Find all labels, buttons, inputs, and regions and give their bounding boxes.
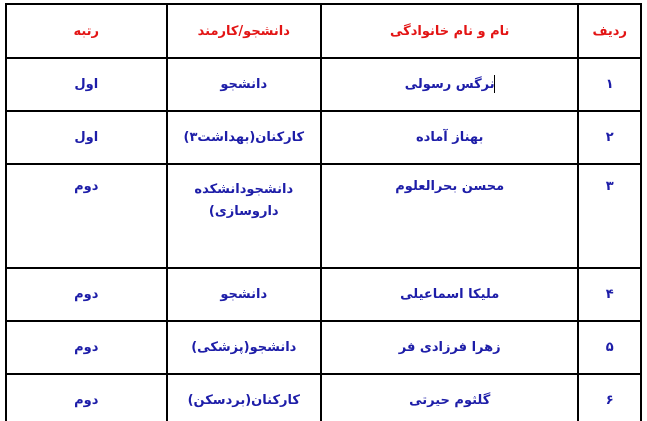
text-cursor (494, 75, 495, 93)
cell-index[interactable]: ۲ (578, 111, 641, 164)
cell-rank[interactable]: دوم (6, 164, 167, 268)
cell-name[interactable]: ملیکا اسماعیلی (321, 268, 578, 321)
header-index: ردیف (578, 4, 641, 58)
cell-name[interactable]: گلثوم حیرتی (321, 374, 578, 421)
cell-role[interactable]: دانشجو (167, 268, 321, 321)
cell-rank[interactable]: دوم (6, 321, 167, 374)
cell-name[interactable]: بهناز آماده (321, 111, 578, 164)
cell-name[interactable]: نرگس رسولی (321, 58, 578, 111)
cell-rank[interactable]: دوم (6, 374, 167, 421)
cell-index[interactable]: ۱ (578, 58, 641, 111)
cell-index[interactable]: ۴ (578, 268, 641, 321)
cell-role[interactable]: کارکنان(بردسکن) (167, 374, 321, 421)
table-row: ۲ بهناز آماده کارکنان(بهداشت۳) اول (6, 111, 641, 164)
header-rank: رتبه (6, 4, 167, 58)
table-row: ۳ محسن بحرالعلوم دانشجودانشکده داروسازی)… (6, 164, 641, 268)
header-row: ردیف نام و نام خانوادگی دانشجو/کارمند رت… (6, 4, 641, 58)
table-row: ۱ نرگس رسولی دانشجو اول (6, 58, 641, 111)
cell-role[interactable]: کارکنان(بهداشت۳) (167, 111, 321, 164)
cell-index[interactable]: ۶ (578, 374, 641, 421)
cell-index[interactable]: ۵ (578, 321, 641, 374)
table-row: ۴ ملیکا اسماعیلی دانشجو دوم (6, 268, 641, 321)
cell-rank[interactable]: دوم (6, 268, 167, 321)
cell-role[interactable]: دانشجو(پزشکی) (167, 321, 321, 374)
table-row: ۵ زهرا فرزادی فر دانشجو(پزشکی) دوم (6, 321, 641, 374)
cell-rank[interactable]: اول (6, 111, 167, 164)
cell-name[interactable]: زهرا فرزادی فر (321, 321, 578, 374)
table-row: ۶ گلثوم حیرتی کارکنان(بردسکن) دوم (6, 374, 641, 421)
cell-rank[interactable]: اول (6, 58, 167, 111)
ranking-table: ردیف نام و نام خانوادگی دانشجو/کارمند رت… (5, 3, 642, 421)
header-name: نام و نام خانوادگی (321, 4, 578, 58)
cell-role[interactable]: دانشجودانشکده داروسازی) (167, 164, 321, 268)
cell-name[interactable]: محسن بحرالعلوم (321, 164, 578, 268)
cell-role[interactable]: دانشجو (167, 58, 321, 111)
cell-index[interactable]: ۳ (578, 164, 641, 268)
header-role: دانشجو/کارمند (167, 4, 321, 58)
